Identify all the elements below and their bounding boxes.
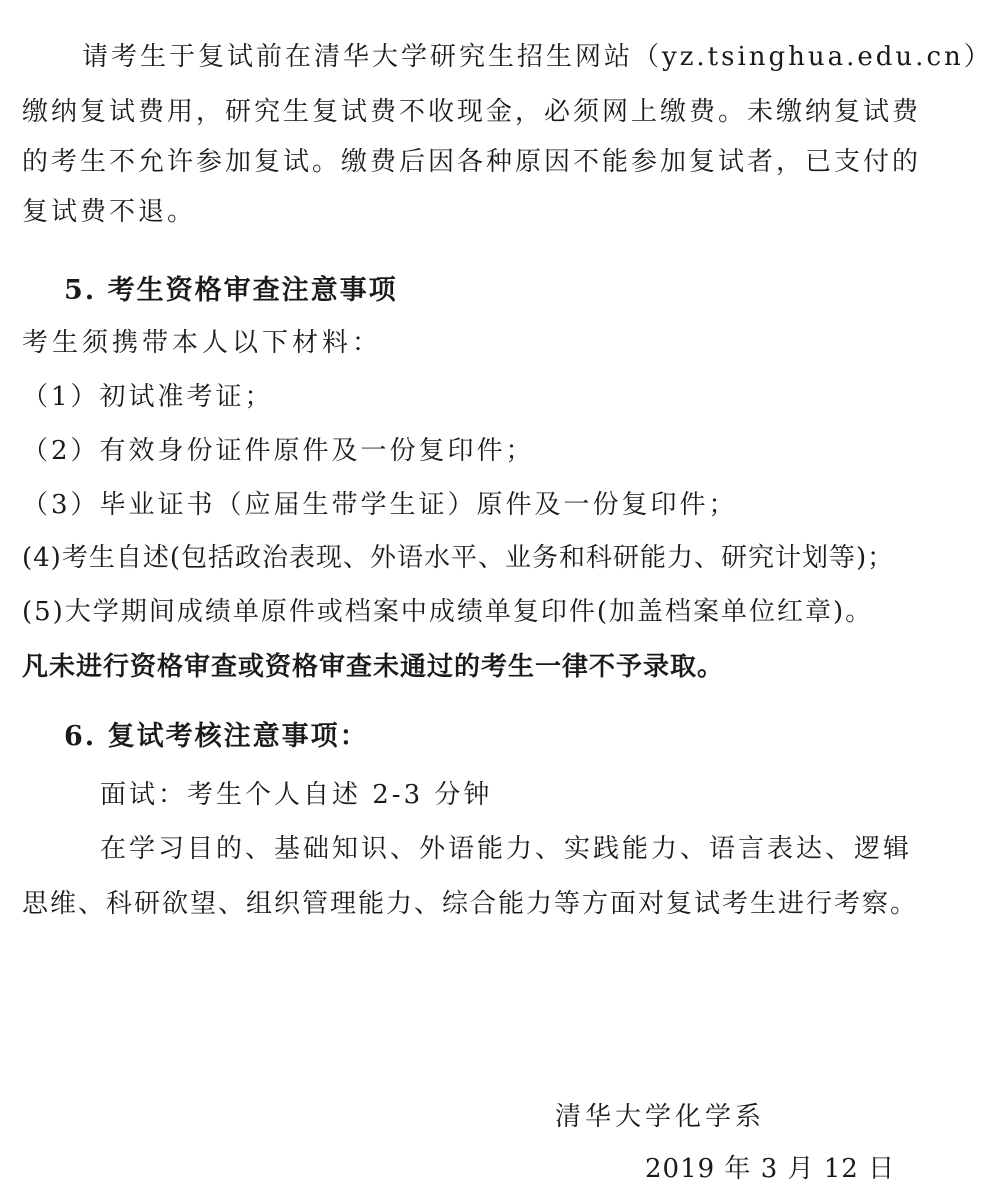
section-6-heading: 6. 复试考核注意事项： [64, 720, 369, 754]
signature-date: 2019 年 3 月 12 日 [645, 1152, 895, 1186]
material-item-4: (4)考生自述(包括政治表现、外语水平、业务和科研能力、研究计划等)； [22, 541, 894, 575]
material-item-1: （1）初试准考证； [22, 380, 274, 414]
material-item-3: （3）毕业证书（应届生带学生证）原件及一份复印件； [22, 488, 738, 522]
intro-line-4: 复试费不退。 [22, 195, 196, 229]
signature-organization: 清华大学化学系 [555, 1100, 765, 1134]
section-5-heading: 5. 考生资格审查注意事项 [64, 274, 398, 308]
intro-line-3: 的考生不允许参加复试。缴费后因各种原因不能参加复试者，已支付的 [22, 145, 921, 179]
intro-line-2: 缴纳复试费用，研究生复试费不收现金，必须网上缴费。未缴纳复试费 [22, 95, 921, 129]
qualification-warning: 凡未进行资格审查或资格审查未通过的考生一律不予录取。 [22, 650, 724, 684]
material-item-5: (5)大学期间成绩单原件或档案中成绩单复印件(加盖档案单位红章)。 [22, 595, 873, 629]
assessment-line-2: 思维、科研欲望、组织管理能力、综合能力等方面对复试考生进行考察。 [22, 887, 918, 921]
assessment-line-1: 在学习目的、基础知识、外语能力、实践能力、语言表达、逻辑 [100, 832, 912, 866]
intro-line-1: 请考生于复试前在清华大学研究生招生网站（yz.tsinghua.edu.cn） [82, 40, 993, 74]
interview-info: 面试：考生个人自述 2-3 分钟 [100, 778, 492, 812]
material-item-2: （2）有效身份证件原件及一份复印件； [22, 434, 535, 468]
section-5-intro: 考生须携带本人以下材料： [22, 326, 382, 360]
